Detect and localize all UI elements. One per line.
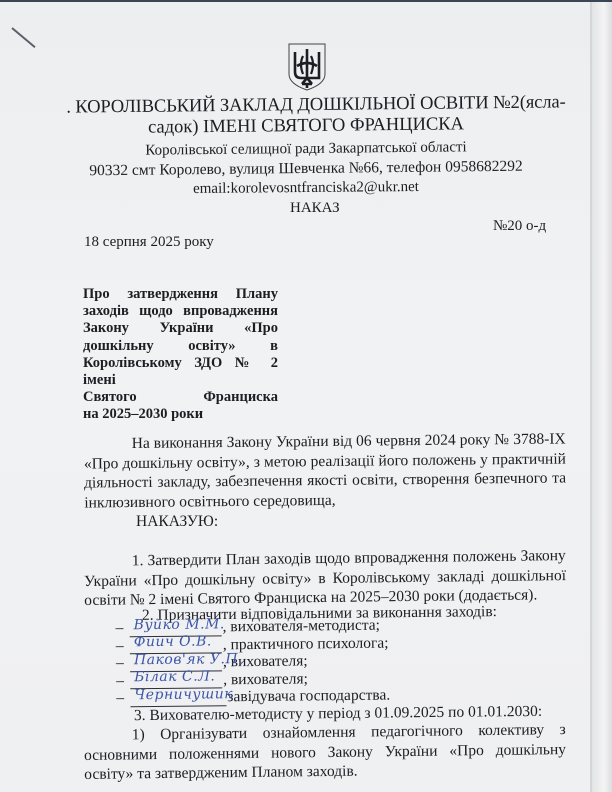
subject-line: Закону України «Про	[83, 320, 278, 337]
ukraine-trident-emblem-icon	[283, 40, 331, 92]
order-keyword: НАКАЗУЮ:	[136, 513, 218, 531]
order-item-3-1: 1) Організувати ознайомлення педагогічно…	[84, 720, 567, 784]
order-date: 18 серпня 2025 року	[84, 234, 214, 251]
order-item-3-1-text: 1) Організувати ознайомлення педагогічно…	[84, 721, 566, 783]
subject-line: дошкільну освіту» в	[83, 338, 278, 355]
assignee-role: , практичного психолога;	[223, 634, 389, 653]
subject-line: Королівському ЗДО № 2 імені	[83, 355, 278, 389]
assignee-role: , вихователя;	[223, 670, 308, 688]
order-item-1-text: 1. Затвердити План заходів щодо впровадж…	[84, 547, 566, 609]
subject-line: на 2025–2030 роки	[83, 406, 278, 423]
subject-line: заходів щодо впровадження	[83, 303, 278, 320]
subject-line: Святого Франциска	[83, 389, 278, 406]
handwritten-signature: Черничушик	[130, 690, 226, 707]
preamble-text: На виконання Закону України від 06 червн…	[84, 430, 566, 511]
order-item-1: 1. Затвердити План заходів щодо впровадж…	[84, 546, 567, 610]
assignee-list: – Вуйко М.М. , вихователя-методиста; – Ф…	[116, 617, 391, 708]
subject-line: Про затвердження Плану	[83, 286, 278, 303]
preamble-paragraph: На виконання Закону України від 06 червн…	[84, 429, 567, 512]
order-title: НАКАЗ	[290, 200, 340, 217]
paper-crease-mark	[11, 27, 35, 48]
assignee-role: завідувача господарства.	[227, 687, 390, 706]
order-number: №20 о-д	[493, 218, 546, 235]
assignee-role: , вихователя-методиста;	[223, 617, 381, 636]
order-subject: Про затвердження Плану заходів щодо впро…	[83, 286, 278, 424]
